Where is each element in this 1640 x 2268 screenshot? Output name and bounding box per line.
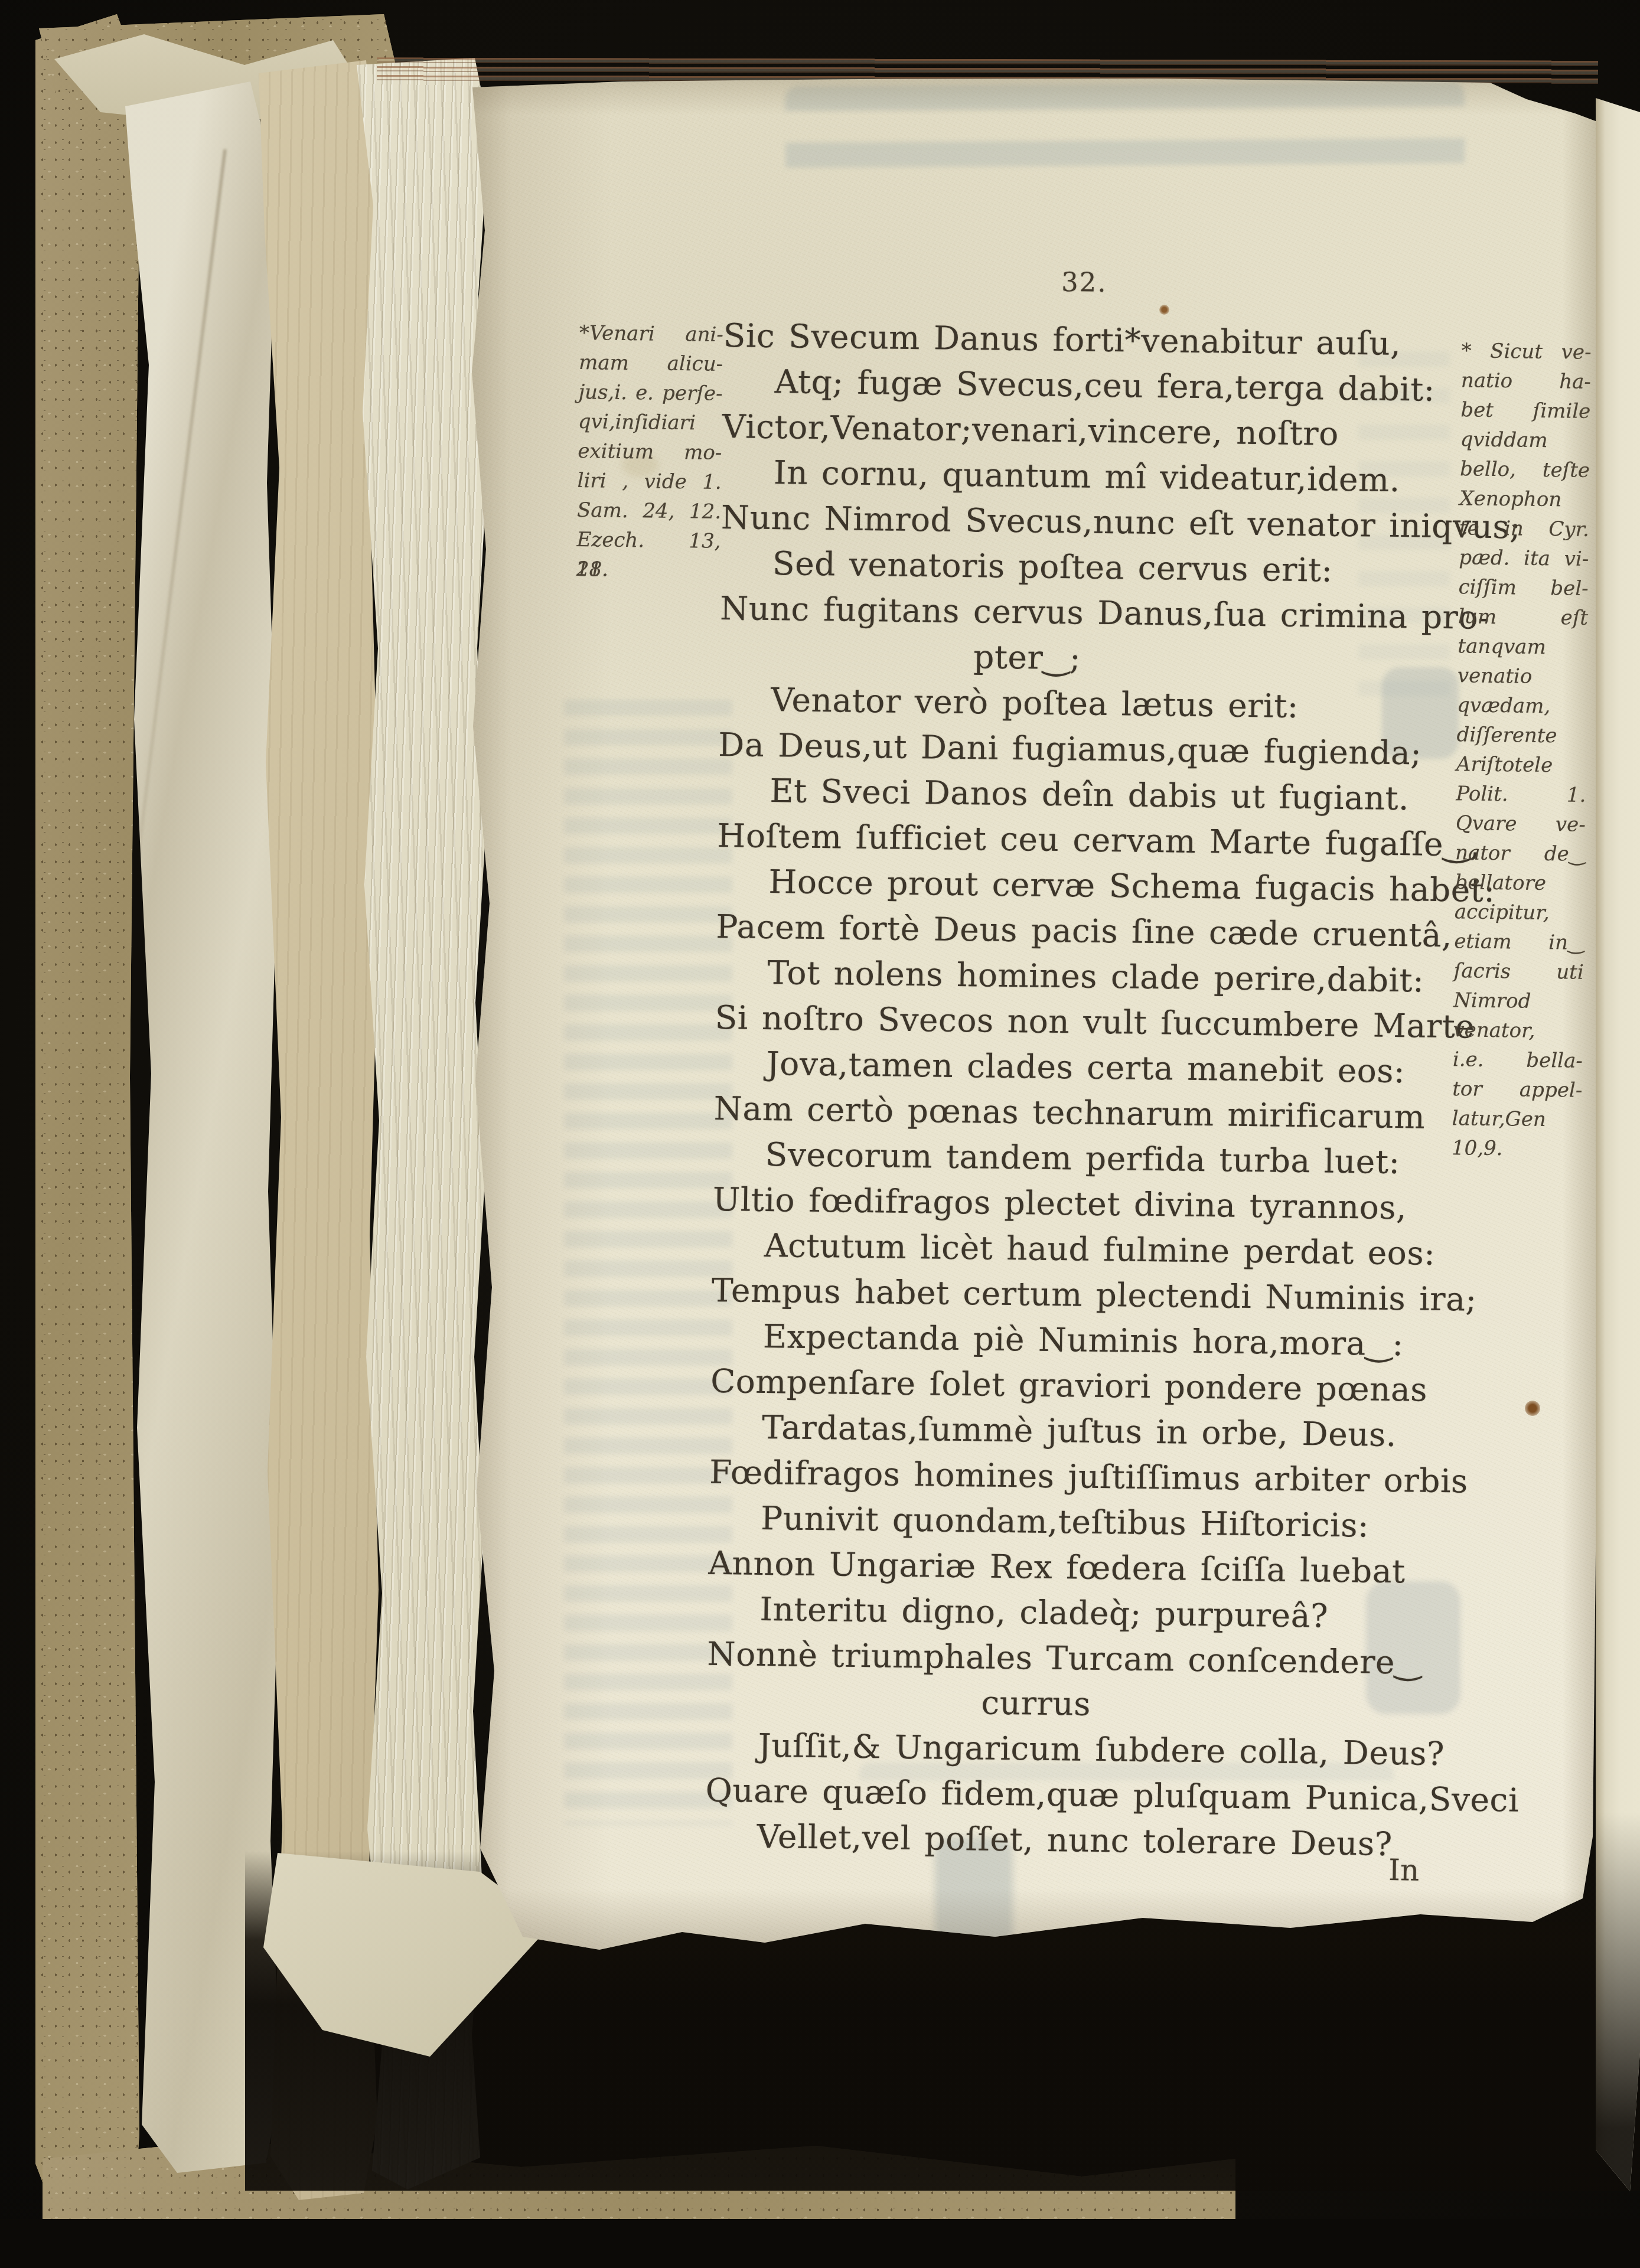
poem-line: Jova,tamen clades certa manebit eos:: [766, 1041, 1482, 1095]
margin-note-line: 21.: [576, 554, 721, 586]
margin-note-line: i.e. bella-: [1453, 1045, 1583, 1076]
poem-line: currus: [981, 1680, 1475, 1732]
margin-note-line: venatio: [1458, 661, 1588, 692]
poem-line: Actutum licèt haud fulmine perdat eos:: [764, 1223, 1480, 1277]
margin-note-line: 10,9.: [1452, 1133, 1582, 1164]
catchword: In: [1388, 1853, 1420, 1888]
margin-note-line: Qvare ve-: [1455, 808, 1586, 840]
margin-note-line: bello, teſte: [1460, 454, 1590, 485]
margin-note-line: ſacris uti: [1453, 956, 1584, 987]
margin-note-line: natio ha-: [1461, 366, 1592, 397]
poem-line: Expectanda piè Numinis hora,mora‿:: [763, 1314, 1479, 1368]
poem-line: Venator verò poſtea lætus erit:: [771, 677, 1487, 732]
margin-note-line: Polit. 1.: [1456, 779, 1586, 810]
book-page: 32. *Venari ani-mam alicu-jus,i. e. perſ…: [446, 77, 1603, 1977]
margin-note-line: Ariſtotele: [1456, 749, 1587, 781]
margin-note-line: jus,i. e. perſe-: [578, 377, 723, 409]
margin-note-line: Xenophon: [1459, 484, 1590, 515]
margin-note-line: nator de‿: [1455, 838, 1586, 869]
poem-line: Atq; fugæ Svecus,ceu fera,terga dabit:: [774, 359, 1491, 413]
margin-note-line: pæd. ita vi-: [1459, 543, 1589, 574]
margin-note-line: Nimrod: [1453, 985, 1584, 1017]
margin-note-line: qvi,inſidiari: [578, 407, 723, 438]
margin-note-line: bet ſimile: [1460, 395, 1591, 426]
background-bottom: [0, 2219, 1640, 2268]
page-number: 32.: [1048, 266, 1121, 299]
poem-line: Juſſit,& Ungaricum ſubdere colla, Deus?: [758, 1723, 1474, 1777]
poem-line: Nonnè triumphales Turcam conſcendere‿: [707, 1631, 1475, 1686]
margin-note-line: *Venari ani-: [579, 318, 724, 350]
poem-line: Punivit quondam,teſtibus Hiſtoricis:: [761, 1496, 1477, 1550]
margin-note-line: qvædam,: [1457, 690, 1587, 722]
margin-note-right: * Sicut ve-natio ha-bet ſimileqviddambel…: [1452, 336, 1592, 1164]
margin-note-line: tanqvam: [1458, 631, 1588, 663]
next-page-edge: [1596, 86, 1640, 2191]
poem-line: Vellet,vel poſſet, nunc tolerare Deus?: [757, 1814, 1473, 1868]
margin-note-line: etiam in‿: [1454, 926, 1584, 958]
margin-note-left: *Venari ani-mam alicu-jus,i. e. perſe-qv…: [576, 318, 723, 586]
poem-line: Tardatas,ſummè juſtus in orbe, Deus.: [762, 1405, 1478, 1459]
printed-text-block: 32. *Venari ani-mam alicu-jus,i. e. perſ…: [426, 73, 1606, 1988]
margin-note-line: liri , vide 1.: [577, 466, 722, 497]
poem-line: Hocce prout cervæ Schema fugacis habet:: [768, 859, 1485, 913]
poem-text: Sic Svecum Danus forti*venabitur auſu,At…: [705, 313, 1491, 1868]
margin-note-line: tor appel-: [1452, 1074, 1583, 1105]
margin-note-line: latur,Gen: [1452, 1104, 1582, 1135]
margin-note-line: mam alicu-: [579, 348, 723, 379]
poem-line: Sed venatoris poſtea cervus erit:: [772, 541, 1489, 595]
margin-note-line: * Sicut ve-: [1461, 336, 1592, 367]
margin-note-line: bellatore: [1455, 867, 1585, 899]
margin-note-line: ciſſim bel-: [1458, 572, 1589, 603]
margin-note-line: te in Cyr.: [1459, 513, 1590, 544]
poem-line: Svecorum tandem perfida turba luet:: [765, 1132, 1481, 1186]
margin-note-line: accipitur,: [1455, 897, 1585, 928]
poem-line: In cornu, quantum mî videatur,idem.: [773, 450, 1489, 504]
poem-line: Nunc fugitans cervus Danus,ſua crimina p…: [720, 586, 1488, 641]
margin-note-line: exitium mo-: [578, 436, 722, 468]
margin-note-line: venator,: [1453, 1015, 1583, 1046]
book-scan: { "page": { "number": "32.", "catchword"…: [0, 0, 1640, 2268]
poem-line: pter‿;: [973, 634, 1488, 686]
margin-note-line: lum eſt: [1458, 602, 1589, 633]
margin-note-line: diſſerente: [1456, 720, 1587, 751]
poem-line: Interitu digno, cladeq̀; purpureâ?: [759, 1587, 1476, 1641]
margin-note-line: Sam. 24, 12.: [577, 495, 722, 527]
poem-line: Tot nolens homines clade perire,dabit:: [767, 950, 1484, 1004]
poem-line: Et Sveci Danos deîn dabis ut fugiant.: [770, 768, 1486, 823]
cover-board-left: [35, 14, 141, 2219]
margin-note-line: Ezech. 13, 18.: [576, 525, 721, 556]
margin-note-line: qviddam: [1460, 425, 1590, 456]
